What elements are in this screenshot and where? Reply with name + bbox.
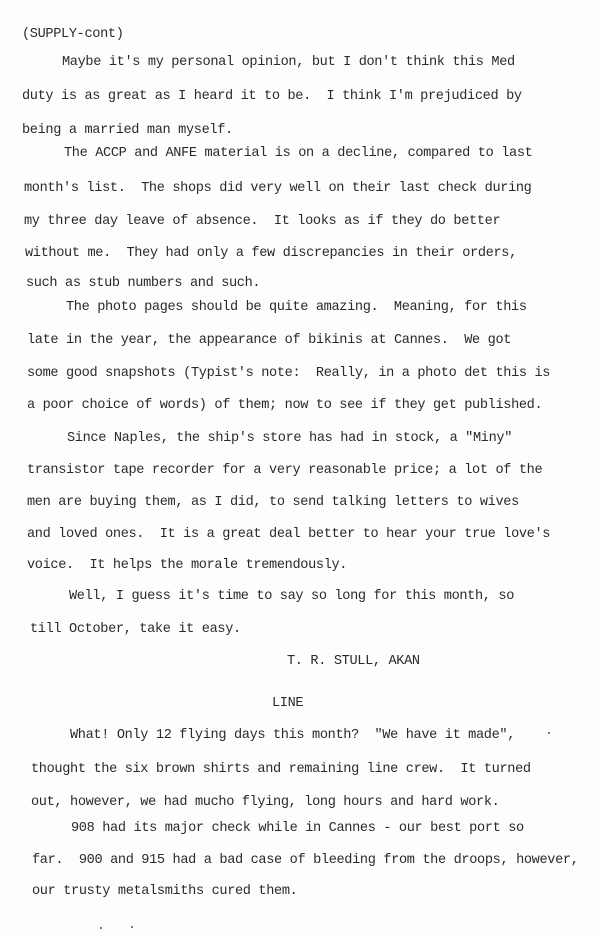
text-line: The ACCP and ANFE material is on a decli… [64,146,532,162]
text-line: What! Only 12 flying days this month? "W… [70,728,515,744]
text-line: out, however, we had mucho flying, long … [31,795,499,811]
speck-mark [548,732,550,734]
section-heading-line: LINE [272,696,303,712]
text-line: our trusty metalsmiths cured them. [32,884,297,900]
text-line: far. 900 and 915 had a bad case of bleed… [32,853,579,869]
text-line: being a married man myself. [22,123,233,139]
text-line: voice. It helps the morale tremendously. [27,558,347,574]
text-line: duty is as great as I heard it to be. I … [22,89,522,105]
text-line: month's list. The shops did very well on… [24,181,532,197]
text-line: late in the year, the appearance of biki… [27,333,511,349]
speck-mark [131,926,133,928]
text-line: The photo pages should be quite amazing.… [66,300,527,316]
typewritten-page: (SUPPLY-cont) Maybe it's my personal opi… [0,0,600,936]
text-line: till October, take it easy. [30,622,241,638]
text-line: and loved ones. It is a great deal bette… [27,527,550,543]
continuation-header: (SUPPLY-cont) [22,27,124,43]
text-line: my three day leave of absence. It looks … [24,214,500,230]
text-line: some good snapshots (Typist's note: Real… [27,366,550,382]
text-line: a poor choice of words) of them; now to … [27,398,542,414]
text-line: 908 had its major check while in Cannes … [71,821,524,837]
signature: T. R. STULL, AKAN [287,654,420,670]
text-line: Well, I guess it's time to say so long f… [69,589,514,605]
text-line: thought the six brown shirts and remaini… [31,762,531,778]
text-line: transistor tape recorder for a very reas… [27,463,542,479]
text-line: men are buying them, as I did, to send t… [27,495,519,511]
text-line: Since Naples, the ship's store has had i… [67,431,512,447]
text-line: such as stub numbers and such. [26,276,260,292]
speck-mark [100,927,102,929]
text-line: Maybe it's my personal opinion, but I do… [62,55,515,71]
text-line: without me. They had only a few discrepa… [25,246,517,262]
